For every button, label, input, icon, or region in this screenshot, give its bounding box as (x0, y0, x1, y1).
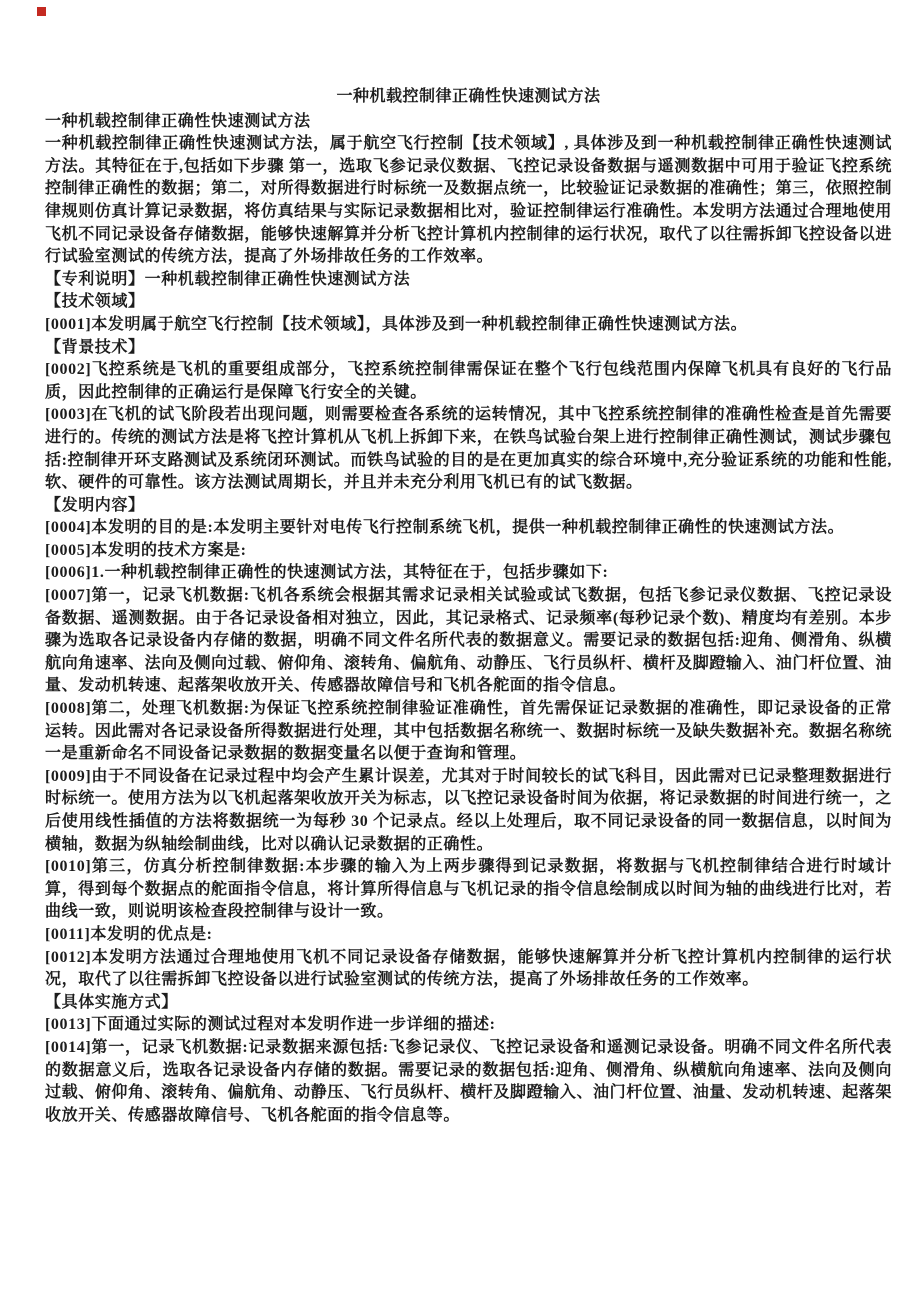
paragraph: 【背景技术】 (45, 337, 892, 360)
paragraph: [0009]由于不同设备在记录过程中均会产生累计误差，尤其对于时间较长的试飞科目… (45, 766, 892, 856)
paragraph: 【发明内容】 (45, 495, 892, 518)
paragraph: [0004]本发明的目的是:本发明主要针对电传飞行控制系统飞机，提供一种机载控制… (45, 517, 892, 540)
paragraph: 【具体实施方式】 (45, 992, 892, 1015)
paragraph: [0010]第三，仿真分析控制律数据:本步骤的输入为上两步骤得到记录数据，将数据… (45, 856, 892, 924)
paragraph: [0007]第一，记录飞机数据:飞机各系统会根据其需求记录相关试验或试飞数据，包… (45, 585, 892, 698)
paragraph: 一种机载控制律正确性快速测试方法，属于航空飞行控制【技术领域】, 具体涉及到一种… (45, 133, 892, 269)
paragraph: [0002]飞控系统是飞机的重要组成部分，飞控系统控制律需保证在整个飞行包线范围… (45, 359, 892, 404)
paragraph: 一种机载控制律正确性快速测试方法 (45, 111, 892, 134)
paragraph: [0003]在飞机的试飞阶段若出现问题，则需要检查各系统的运转情况，其中飞控系统… (45, 404, 892, 494)
paragraph: 【技术领域】 (45, 291, 892, 314)
red-marker-icon (37, 7, 46, 16)
paragraph: [0006]1.一种机载控制律正确性的快速测试方法，其特征在于，包括步骤如下: (45, 562, 892, 585)
paragraph: [0005]本发明的技术方案是: (45, 540, 892, 563)
patent-document: 一种机载控制律正确性快速测试方法 一种机载控制律正确性快速测试方法一种机载控制律… (45, 86, 892, 1127)
document-body: 一种机载控制律正确性快速测试方法一种机载控制律正确性快速测试方法，属于航空飞行控… (45, 111, 892, 1128)
paragraph: [0012]本发明方法通过合理地使用飞机不同记录设备存储数据，能够快速解算并分析… (45, 947, 892, 992)
paragraph: [0008]第二，处理飞机数据:为保证飞控系统控制律验证准确性，首先需保证记录数… (45, 698, 892, 766)
paragraph: [0011]本发明的优点是: (45, 924, 892, 947)
document-title: 一种机载控制律正确性快速测试方法 (45, 86, 892, 109)
paragraph: [0014]第一，记录飞机数据:记录数据来源包括:飞参记录仪、飞控记录设备和遥测… (45, 1037, 892, 1127)
paragraph: 【专利说明】一种机载控制律正确性快速测试方法 (45, 269, 892, 292)
paragraph: [0001]本发明属于航空飞行控制【技术领域】，具体涉及到一种机载控制律正确性快… (45, 314, 892, 337)
paragraph: [0013]下面通过实际的测试过程对本发明作进一步详细的描述: (45, 1014, 892, 1037)
